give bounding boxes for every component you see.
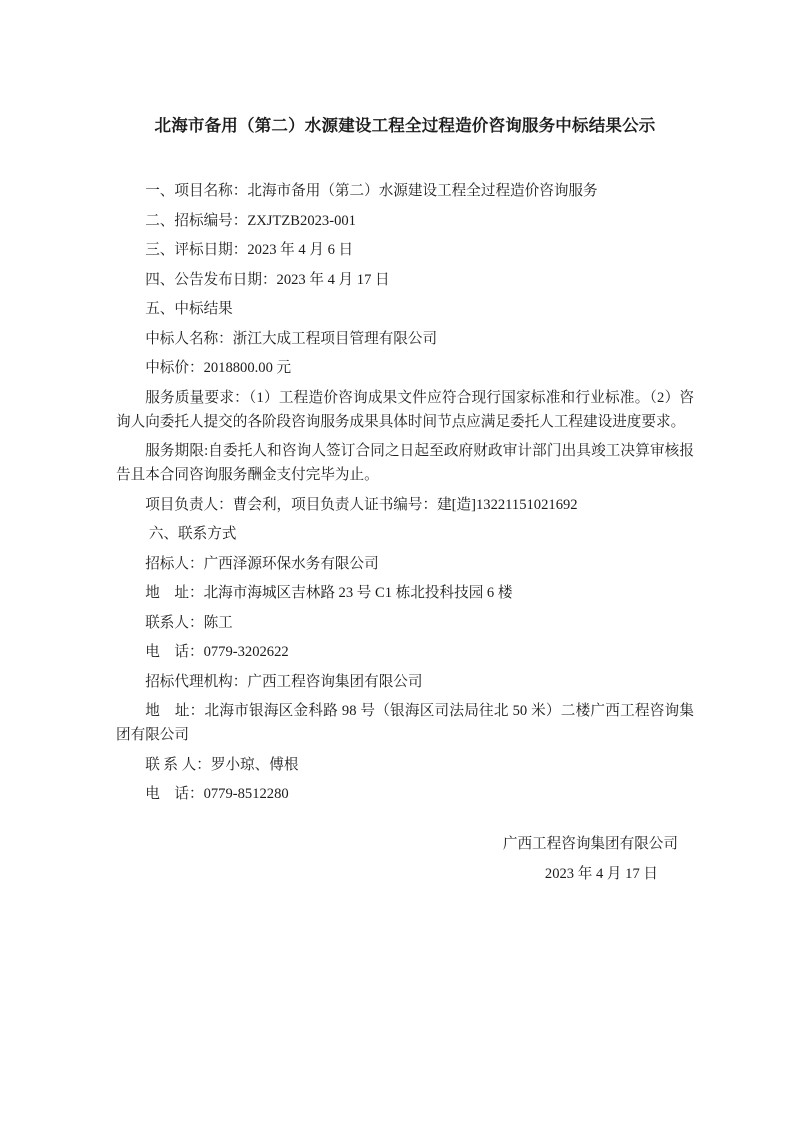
item-result-heading: 五、中标结果 xyxy=(116,297,694,321)
item-announcement-date: 四、公告发布日期：2023 年 4 月 17 日 xyxy=(116,268,694,292)
agency-address: 地 址：北海市银海区金科路 98 号（银海区司法局往北 50 米）二楼广西工程咨… xyxy=(116,699,694,747)
signature-date: 2023 年 4 月 17 日 xyxy=(116,862,694,886)
signature-block: 广西工程咨询集团有限公司 2023 年 4 月 17 日 xyxy=(116,832,694,886)
tenderer-phone: 电 话：0779-3202622 xyxy=(116,640,694,664)
item-evaluation-date: 三、评标日期：2023 年 4 月 6 日 xyxy=(116,238,694,262)
document-title: 北海市备用（第二）水源建设工程全过程造价咨询服务中标结果公示 xyxy=(116,113,694,139)
document-body: 一、项目名称：北海市备用（第二）水源建设工程全过程造价咨询服务二、招标编号：ZX… xyxy=(116,179,694,806)
item-project-name: 一、项目名称：北海市备用（第二）水源建设工程全过程造价咨询服务 xyxy=(116,179,694,203)
service-period: 服务期限:自委托人和咨询人签订合同之日起至政府财政审计部门出具竣工决算审核报告且… xyxy=(116,439,694,487)
service-quality: 服务质量要求：（1）工程造价咨询成果文件应符合现行国家标准和行业标准。（2）咨询… xyxy=(116,386,694,434)
agency-name: 招标代理机构：广西工程咨询集团有限公司 xyxy=(116,670,694,694)
contact-heading: 六、联系方式 xyxy=(116,522,694,546)
project-manager: 项目负责人：曹会利，项目负责人证书编号：建[造]13221151021692 xyxy=(116,493,694,517)
tenderer-name: 招标人：广西泽源环保水务有限公司 xyxy=(116,552,694,576)
agency-contact: 联 系 人：罗小琼、傅根 xyxy=(116,753,694,777)
document-page: 北海市备用（第二）水源建设工程全过程造价咨询服务中标结果公示 一、项目名称：北海… xyxy=(0,0,800,1131)
winning-price: 中标价：2018800.00 元 xyxy=(116,356,694,380)
tenderer-address: 地 址：北海市海城区吉林路 23 号 C1 栋北投科技园 6 楼 xyxy=(116,581,694,605)
tenderer-contact: 联系人：陈工 xyxy=(116,611,694,635)
item-tender-number: 二、招标编号：ZXJTZB2023-001 xyxy=(116,209,694,233)
signature-company: 广西工程咨询集团有限公司 xyxy=(116,832,694,856)
agency-phone: 电 话：0779-8512280 xyxy=(116,782,694,806)
winner-name: 中标人名称：浙江大成工程项目管理有限公司 xyxy=(116,327,694,351)
